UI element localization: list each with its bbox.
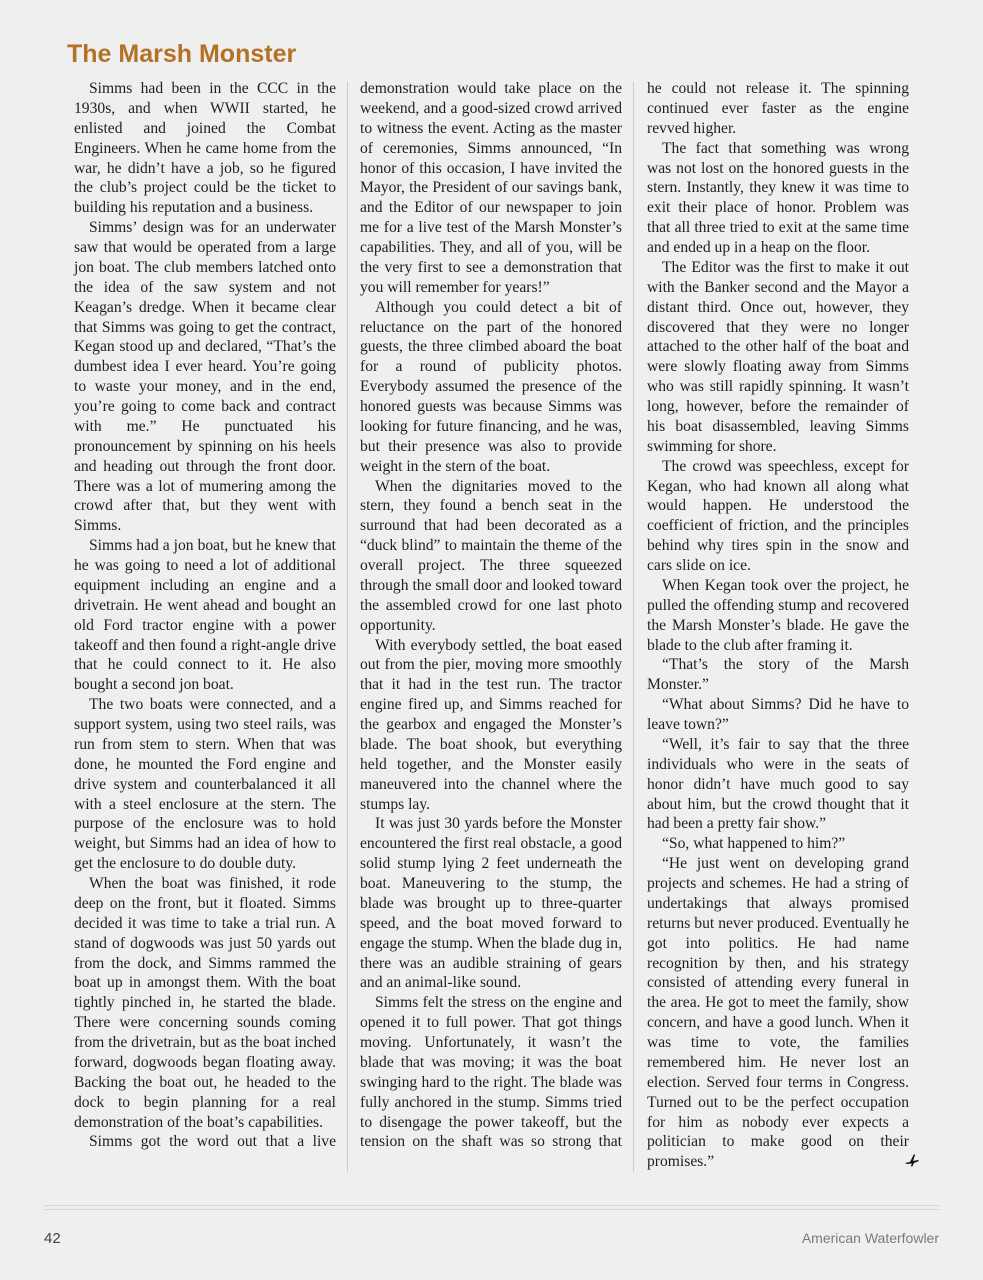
text-column-1: Simms had been in the CCC in the 1930s, … xyxy=(74,79,336,1152)
paragraph: When the boat was finished, it rode deep… xyxy=(74,874,336,1132)
text-column-3: he could not release it. The spinning co… xyxy=(647,79,909,1172)
paragraph: “Well, it’s fair to say that the three i… xyxy=(647,735,909,834)
paragraph: It was just 30 yards before the Monster … xyxy=(360,814,622,993)
article-title: The Marsh Monster xyxy=(67,38,296,70)
flying-duck-icon xyxy=(887,1150,907,1170)
paragraph: Simms’ design was for an underwater saw … xyxy=(74,218,336,536)
paragraph: Simms had been in the CCC in the 1930s, … xyxy=(74,79,336,218)
final-paragraph-text: “He just went on developing grand projec… xyxy=(647,855,909,1170)
paragraph-final: “He just went on developing grand projec… xyxy=(647,854,909,1172)
paragraph: The two boats were connected, and a supp… xyxy=(74,695,336,874)
paragraph-continued: he could not release it. The spinning co… xyxy=(647,79,909,139)
paragraph: When Kegan took over the project, he pul… xyxy=(647,576,909,656)
paragraph: Although you could detect a bit of reluc… xyxy=(360,298,622,477)
column-divider xyxy=(633,82,634,1172)
paragraph-continued: demonstration would take place on the we… xyxy=(360,79,622,298)
column-divider xyxy=(347,82,348,1172)
paragraph: Simms got the word out that a live xyxy=(74,1132,336,1152)
paragraph: When the dignitaries moved to the stern,… xyxy=(360,477,622,636)
footer-rule xyxy=(44,1205,939,1206)
paragraph: “What about Simms? Did he have to leave … xyxy=(647,695,909,735)
paragraph: The Editor was the first to make it out … xyxy=(647,258,909,457)
paragraph: The crowd was speechless, except for Keg… xyxy=(647,457,909,576)
paragraph: “So, what happened to him?” xyxy=(647,834,909,854)
page-number: 42 xyxy=(44,1230,61,1247)
footer-rule xyxy=(44,1209,939,1210)
publication-name: American Waterfowler xyxy=(802,1230,939,1246)
paragraph: Simms had a jon boat, but he knew that h… xyxy=(74,536,336,695)
paragraph: With everybody settled, the boat eased o… xyxy=(360,636,622,815)
paragraph: The fact that something was wrong was no… xyxy=(647,139,909,258)
paragraph: “That’s the story of the Marsh Monster.” xyxy=(647,655,909,695)
paragraph: Simms felt the stress on the engine and … xyxy=(360,993,622,1152)
text-column-2: demonstration would take place on the we… xyxy=(360,79,622,1152)
